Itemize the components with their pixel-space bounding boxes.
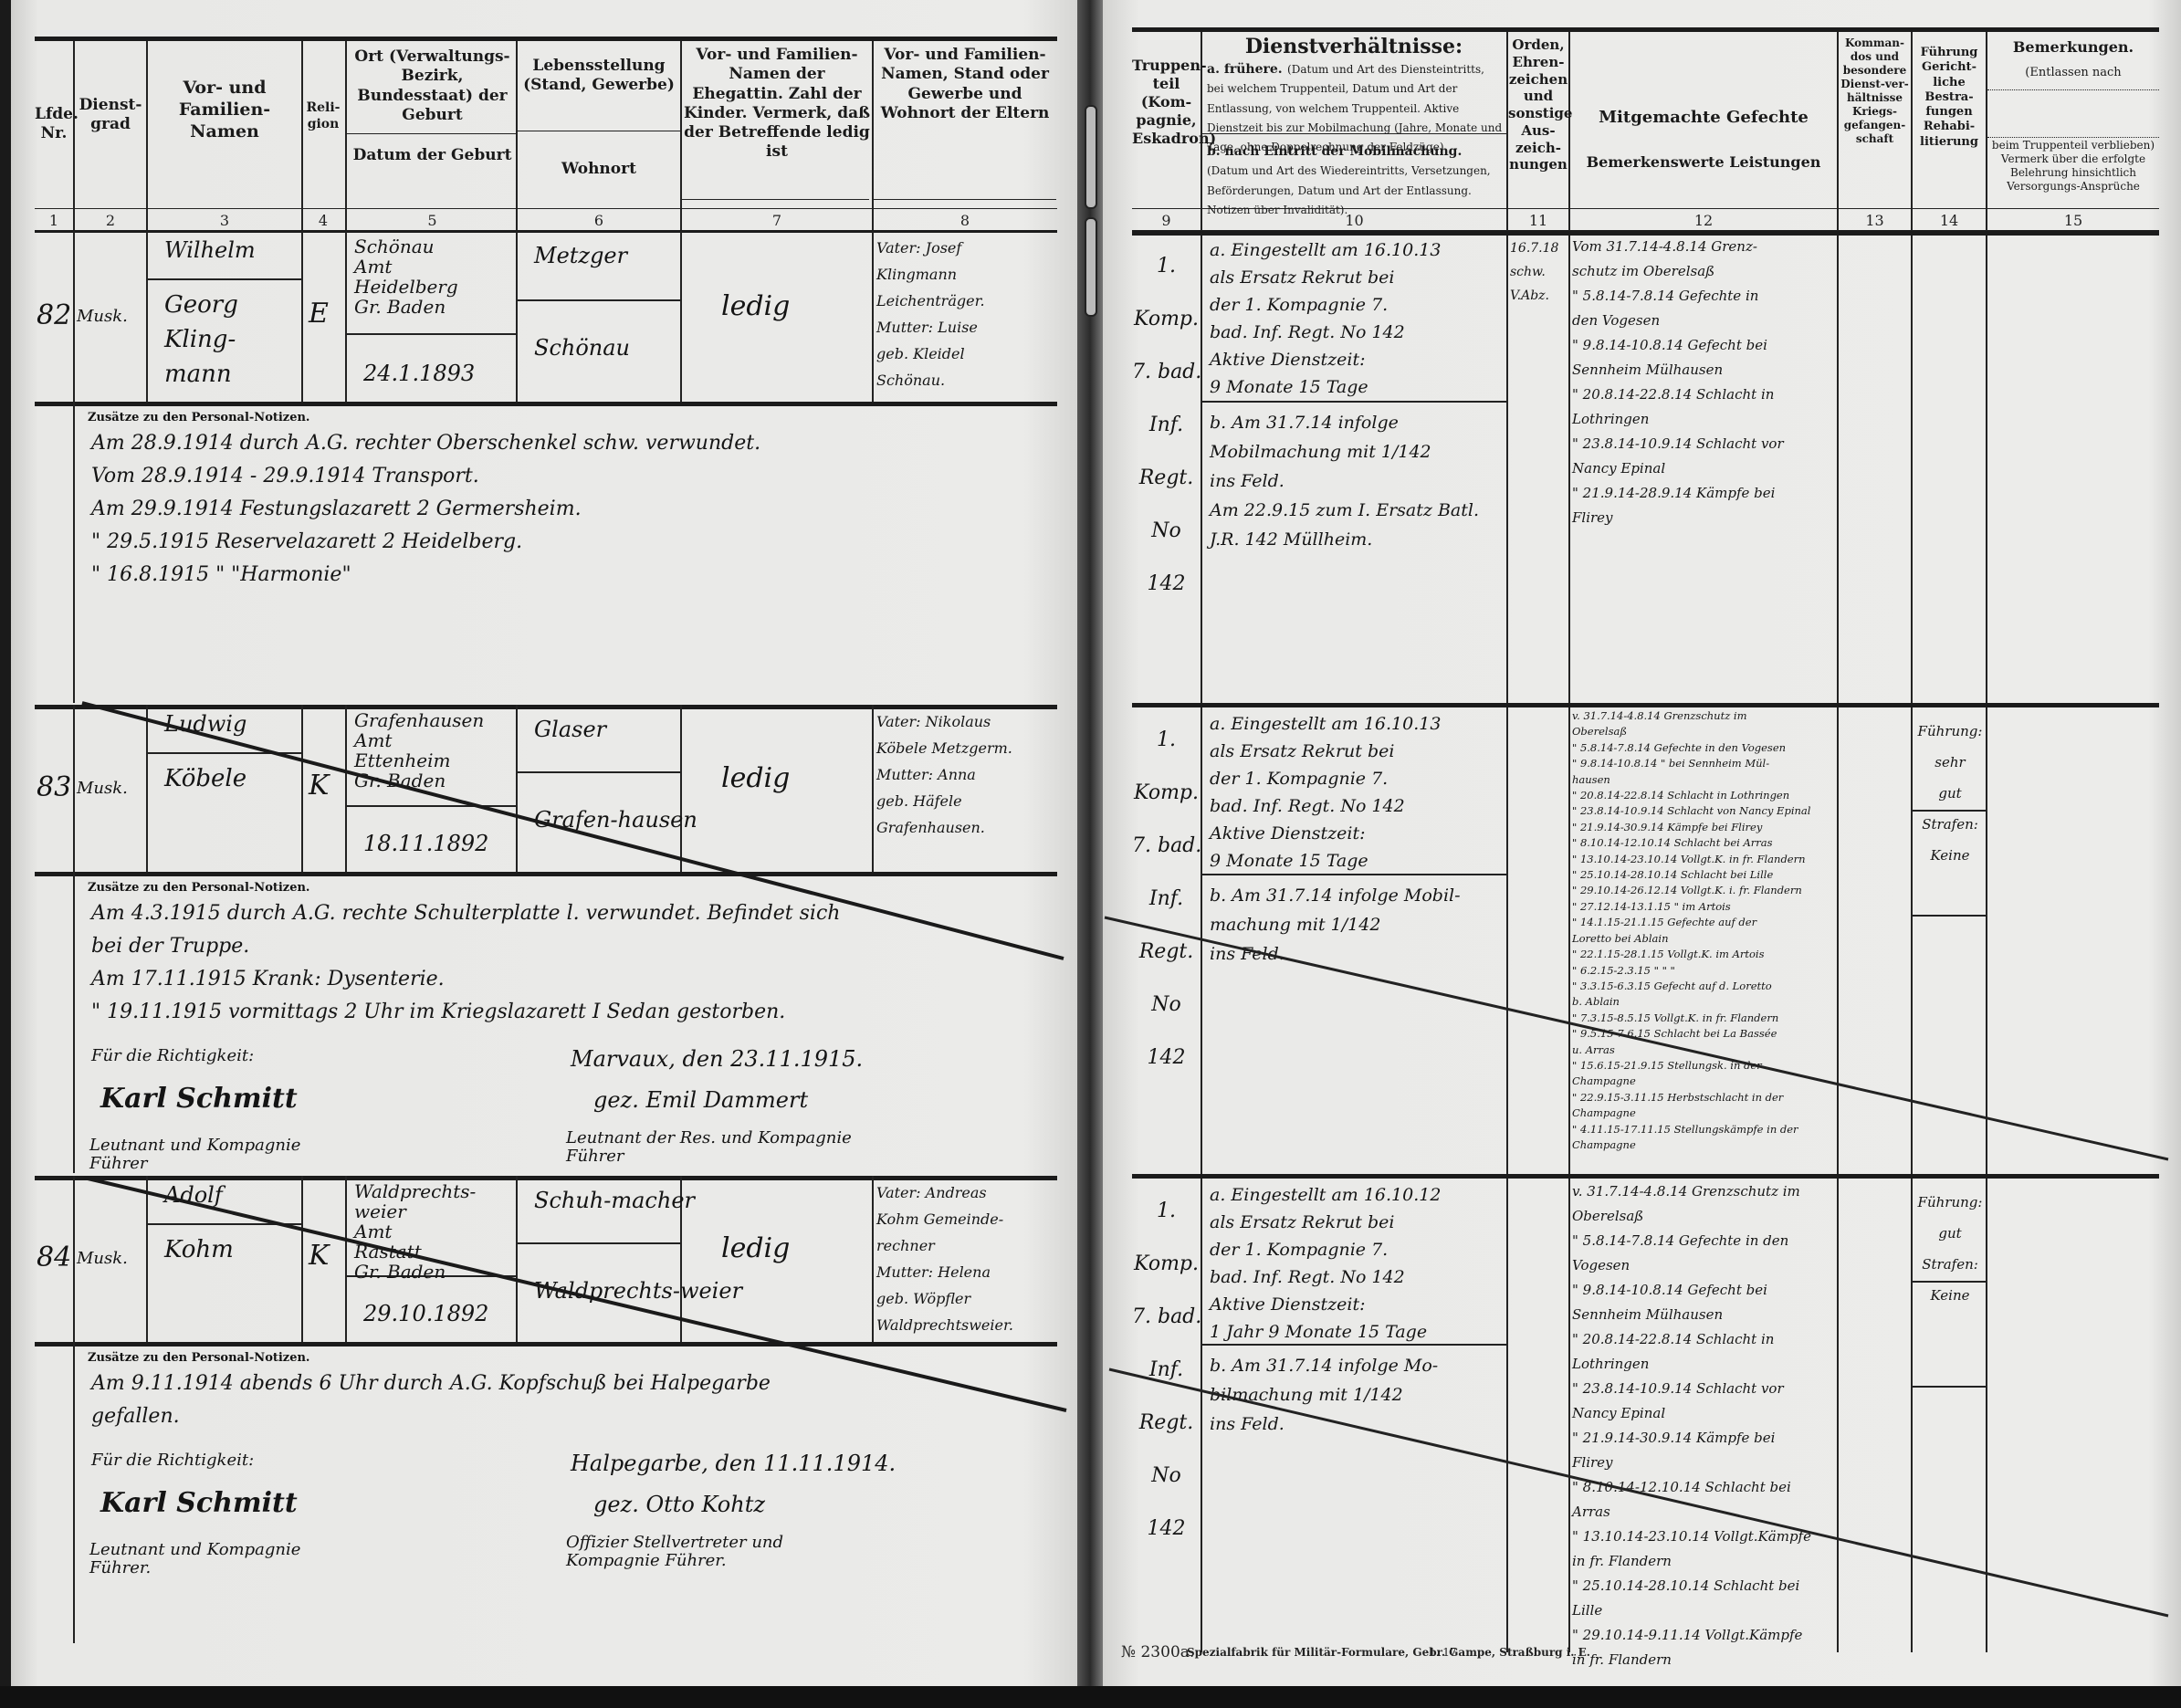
- birthplace-line: Gr. Baden: [354, 1262, 476, 1282]
- header-occupation: Lebensstellung (Stand, Gewerbe): [518, 57, 680, 96]
- occupation-split-line: [518, 771, 680, 773]
- service-prior-line: Aktive Dienstzeit:: [1210, 1291, 1441, 1318]
- service-prior-line: 9 Monate 15 Tage: [1210, 847, 1441, 875]
- battles-list-line: " 5.8.14-7.8.14 Gefechte in den Vogesen: [1572, 740, 1810, 756]
- personal-notes-line: gefallen.: [91, 1400, 771, 1433]
- battles-list-line: " 20.8.14-22.8.14 Schlacht in: [1572, 382, 1784, 407]
- battles-list-line: " 9.8.14-10.8.14 " bei Sennheim Mül-: [1572, 756, 1810, 771]
- personal-notes: Am 4.3.1915 durch A.G. rechte Schulterpl…: [91, 897, 840, 1029]
- surname: GeorgKling-mann: [164, 288, 238, 392]
- unit-line: 1.: [1132, 714, 1201, 767]
- conduct-record-line: Strafen:: [1915, 1249, 1985, 1280]
- rank: Musk.: [77, 1250, 128, 1268]
- row-bottom-rule: [35, 872, 1057, 876]
- parents-line: rechner: [876, 1232, 1013, 1259]
- signature-right: gez. Emil Dammert: [593, 1088, 808, 1112]
- parents-line: geb. Häfele: [876, 788, 1012, 814]
- battles-list-line: " 25.10.14-28.10.14 Schlacht bei: [1572, 1574, 1811, 1598]
- unit-line: 142: [1132, 1503, 1201, 1556]
- battles-list-line: " 9.5.15-7.6.15 Schlacht bei La Bassée: [1572, 1026, 1810, 1042]
- header-residence: Wohnort: [518, 160, 680, 179]
- header-leistungen: Bemerkenswerte Leistungen: [1570, 153, 1837, 172]
- surname-line: Köbele: [164, 761, 246, 796]
- battles-list-line: v. 31.7.14-4.8.14 Grenzschutz im: [1572, 708, 1810, 724]
- notes-label: Zusätze zu den Personal-Notizen.: [88, 1351, 309, 1365]
- header-dienstverhaeltnisse: Dienstverhältnisse:: [1203, 35, 1505, 60]
- birth-date: 29.10.1892: [363, 1302, 488, 1326]
- personal-notes-line: Vom 28.9.1914 - 29.9.1914 Transport.: [91, 460, 760, 493]
- battles-list-line: " 8.10.14-12.10.14 Schlacht bei Arras: [1572, 835, 1810, 851]
- battles-list-line: Loretto bei Ablain: [1572, 931, 1810, 947]
- birthplace-line: Grafenhausen: [354, 710, 484, 730]
- occupation-split-line: [518, 299, 680, 301]
- surname-line: mann: [164, 357, 238, 392]
- header-nach-mobilmachung: b. nach Eintritt der Mobilmachung.(Datum…: [1207, 141, 1504, 219]
- battles-list-line: " 25.10.14-28.10.14 Schlacht bei Lille: [1572, 867, 1810, 883]
- unit-line: 142: [1132, 558, 1201, 611]
- parents-line: geb. Wöpfler: [876, 1285, 1013, 1312]
- birthplace-line: Rastatt: [354, 1242, 476, 1262]
- first-name: Adolf: [164, 1183, 223, 1207]
- column-line: [680, 705, 682, 872]
- battles-list-line: " 21.9.14-28.9.14 Kämpfe bei: [1572, 481, 1784, 506]
- parents-line: Mutter: Anna: [876, 761, 1012, 788]
- surname: Köbele: [164, 761, 246, 796]
- battles-list-line: " 9.8.14-10.8.14 Gefecht bei: [1572, 333, 1784, 358]
- conduct-record-line: Keine: [1915, 1280, 1985, 1311]
- battles-list-line: " 8.10.14-12.10.14 Schlacht bei: [1572, 1475, 1811, 1500]
- notes-left-line: [73, 872, 75, 1173]
- battles-list-line: " 6.2.15-2.3.15 " " ": [1572, 963, 1810, 979]
- signer-left-title: Leutnant und Kompagnie Führer.: [89, 1541, 327, 1577]
- unit-line: 1.: [1132, 1185, 1201, 1238]
- battles-list-line: Sennheim Mülhausen: [1572, 358, 1784, 382]
- service-mobilization-line: machung mit 1/142: [1210, 910, 1461, 939]
- header-truppenteil: Truppen-teil (Kom-pagnie, Eskadron): [1132, 57, 1201, 148]
- personal-notes-line: Am 29.9.1914 Festungslazarett 2 Germersh…: [91, 493, 760, 526]
- battles-list-line: " 5.8.14-7.8.14 Gefechte in den: [1572, 1229, 1811, 1253]
- service-mobilization: b. Am 31.7.14 infolge Mo-bilmachung mit …: [1210, 1351, 1438, 1439]
- colnum-10: 10: [1202, 212, 1506, 229]
- service-ab-split: [1202, 401, 1506, 403]
- print-date: 1. 17: [1429, 1646, 1457, 1659]
- service-mobilization-line: ins Feld.: [1210, 939, 1461, 969]
- birthplace: GrafenhausenAmtEttenheimGr. Baden: [354, 710, 484, 791]
- marital-status: ledig: [721, 1233, 790, 1263]
- birthplace-line: Amt: [354, 257, 458, 277]
- conduct-record-line: gut: [1915, 1218, 1985, 1249]
- battles-list-line: Nancy Epinal: [1572, 1401, 1811, 1426]
- battles-list-line: " 7.3.15-8.5.15 Vollgt.K. in fr. Flander…: [1572, 1011, 1810, 1026]
- personal-notes-line: " 29.5.1915 Reservelazarett 2 Heidelberg…: [91, 526, 760, 559]
- battles-list-line: " 5.8.14-7.8.14 Gefechte in: [1572, 284, 1784, 309]
- birthplace-line: weier: [354, 1201, 476, 1221]
- personal-notes-line: " 16.8.1915 " "Harmonie": [91, 559, 760, 592]
- service-prior-line: als Ersatz Rekrut bei: [1210, 264, 1441, 291]
- service-prior: a. Eingestellt am 16.10.12als Ersatz Rek…: [1210, 1181, 1441, 1346]
- conduct-bottom-line: [1913, 915, 1986, 917]
- conduct-record-line: Führung:: [1915, 716, 1985, 747]
- parents-line: Mutter: Luise: [876, 314, 985, 341]
- colnum-15: 15: [1987, 212, 2159, 229]
- battles-list-line: " 15.6.15-21.9.15 Stellungsk. in der: [1572, 1058, 1810, 1074]
- religion: K: [309, 1241, 329, 1271]
- battles-list-line: u. Arras: [1572, 1043, 1810, 1058]
- signer-left-title: Leutnant und Kompagnie Führer: [89, 1137, 327, 1173]
- birthplace-line: Amt: [354, 1221, 476, 1242]
- column-line: [146, 231, 148, 402]
- battles-list-line: " 4.11.15-17.11.15 Stellungskämpfe in de…: [1572, 1122, 1810, 1137]
- first-name-underline: [148, 278, 301, 280]
- battles-list-line: Oberelsaß: [1572, 724, 1810, 739]
- first-name: Ludwig: [164, 712, 246, 736]
- colnum-12: 12: [1570, 212, 1837, 229]
- service-mobilization-line: ins Feld.: [1210, 1409, 1438, 1439]
- parents: Vater: JosefKlingmannLeichenträger.Mutte…: [876, 235, 985, 393]
- rank: Musk.: [77, 308, 128, 326]
- first-name: Wilhelm: [164, 238, 256, 262]
- unit: 1.Komp.7. bad.Inf.Regt.No142: [1132, 240, 1201, 611]
- conduct-record-line: Keine: [1915, 840, 1985, 871]
- conduct-split-line: [1913, 810, 1986, 812]
- conduct-record-line: Führung:: [1915, 1187, 1985, 1218]
- notes-left-line: [73, 1342, 75, 1643]
- unit-line: Regt.: [1132, 1397, 1201, 1450]
- column-line: [872, 231, 874, 402]
- service-prior-line: a. Eingestellt am 16.10.12: [1210, 1181, 1441, 1209]
- header-orden: Orden, Ehren-zeichen und sonstige Aus-ze…: [1508, 37, 1568, 173]
- unit-line: Komp.: [1132, 767, 1201, 820]
- birthplace-line: Amt: [354, 730, 484, 750]
- battles-list-line: " 27.12.14-13.1.15 " im Artois: [1572, 899, 1810, 915]
- battles-list-line: Champagne: [1572, 1137, 1810, 1153]
- service-prior-line: 1 Jahr 9 Monate 15 Tage: [1210, 1318, 1441, 1346]
- battles-list-line: Lothringen: [1572, 407, 1784, 432]
- parents-line: Kohm Gemeinde-: [876, 1206, 1013, 1232]
- conduct-record: Führung:sehrgutStrafen:Keine: [1915, 716, 1985, 871]
- signer-right-title: Leutnant der Res. und Kompagnie Führer: [566, 1129, 858, 1166]
- service-mobilization: b. Am 31.7.14 infolgeMobilmachung mit 1/…: [1210, 408, 1479, 554]
- first-name-underline: [148, 752, 301, 754]
- service-prior-line: als Ersatz Rekrut bei: [1210, 1209, 1441, 1236]
- personal-notes-line: Am 17.11.1915 Krank: Dysenterie.: [91, 963, 840, 996]
- parents-line: geb. Kleidel: [876, 341, 985, 367]
- service-prior-line: Aktive Dienstzeit:: [1210, 346, 1441, 373]
- birth-split-line: [347, 333, 516, 335]
- battles-list-line: in fr. Flandern: [1572, 1648, 1811, 1672]
- religion: E: [309, 299, 329, 329]
- personal-notes-line: bei der Truppe.: [91, 930, 840, 963]
- occupation-split-line: [518, 1242, 680, 1244]
- birthplace-line: Ettenheim: [354, 750, 484, 770]
- column-line: [146, 1176, 148, 1342]
- column-line: [345, 705, 347, 872]
- column-line: [73, 1176, 75, 1342]
- conduct-bottom-line: [1913, 1386, 1986, 1388]
- battles-list-line: Vogesen: [1572, 1253, 1811, 1278]
- conduct-record-line: sehr: [1915, 747, 1985, 778]
- birth-split-line: [347, 805, 516, 807]
- column-line: [345, 231, 347, 402]
- header-entlassen-nach: (Entlassen nach: [1987, 66, 2159, 80]
- unit-line: Komp.: [1132, 293, 1201, 346]
- battles-list-line: Champagne: [1572, 1074, 1810, 1089]
- header-birthplace: Ort (Verwaltungs-Bezirk, Bundesstaat) de…: [349, 47, 516, 125]
- birth-date: 24.1.1893: [363, 362, 475, 385]
- header-birthdate: Datum der Geburt: [349, 146, 516, 165]
- parents-line: Grafenhausen.: [876, 814, 1012, 841]
- service-prior: a. Eingestellt am 16.10.13als Ersatz Rek…: [1210, 236, 1441, 401]
- colnum-9: 9: [1132, 212, 1201, 229]
- surname-line: Kling-: [164, 322, 238, 357]
- service-prior-line: der 1. Kompagnie 7.: [1210, 1236, 1441, 1263]
- personal-notes: Am 9.11.1914 abends 6 Uhr durch A.G. Kop…: [91, 1367, 771, 1433]
- colnum-4: 4: [301, 212, 345, 229]
- notes-label: Zusätze zu den Personal-Notizen.: [88, 411, 309, 424]
- parents-line: Vater: Nikolaus: [876, 708, 1012, 735]
- certification-caption: Für die Richtigkeit:: [91, 1451, 254, 1470]
- battles-list-line: " 22.1.15-28.1.15 Vollgt.K. im Artois: [1572, 947, 1810, 962]
- header-religion: Reli-gion: [301, 100, 345, 132]
- header-spouse: Vor- und Familien-Namen der Ehegattin. Z…: [682, 46, 872, 162]
- column-line: [301, 231, 303, 402]
- battles-list-line: " 23.8.14-10.9.14 Schlacht von Nancy Epi…: [1572, 803, 1810, 819]
- header-kommandos: Komman-dos und besondere Dienst-ver-hält…: [1839, 37, 1911, 146]
- occupation: Schuh-macher: [534, 1189, 695, 1212]
- birthplace-line: Gr. Baden: [354, 770, 484, 791]
- colnum-5: 5: [349, 212, 516, 229]
- battles-list: v. 31.7.14-4.8.14 Grenzschutz imOberelsa…: [1572, 1179, 1811, 1672]
- unit-line: Komp.: [1132, 1238, 1201, 1291]
- decorations: 16.7.18schw.V.Abz.: [1510, 236, 1558, 308]
- unit-line: Regt.: [1132, 926, 1201, 979]
- parents-line: Vater: Josef: [876, 235, 985, 261]
- service-prior-line: als Ersatz Rekrut bei: [1210, 738, 1441, 765]
- birthplace-line: Schönau: [354, 236, 458, 257]
- colnum-3: 3: [148, 212, 301, 229]
- battles-list-line: Sennheim Mülhausen: [1572, 1303, 1811, 1327]
- column-line: [516, 705, 518, 872]
- battles-list-line: Champagne: [1572, 1105, 1810, 1121]
- service-mobilization-line: b. Am 31.7.14 infolge Mo-: [1210, 1351, 1438, 1380]
- decorations-line: V.Abz.: [1510, 284, 1558, 308]
- column-line: [872, 1176, 874, 1342]
- form-number: № 2300a.: [1121, 1643, 1194, 1661]
- unit-line: 1.: [1132, 240, 1201, 293]
- service-mobilization-line: b. Am 31.7.14 infolge: [1210, 408, 1479, 437]
- battles-list-line: " 29.10.14-26.12.14 Vollgt.K. i. fr. Fla…: [1572, 883, 1810, 898]
- conduct-record-line: Strafen:: [1915, 809, 1985, 840]
- battles-list-line: b. Ablain: [1572, 994, 1810, 1010]
- battles-list: v. 31.7.14-4.8.14 Grenzschutz imOberelsa…: [1572, 708, 1810, 1153]
- unit-line: Inf.: [1132, 399, 1201, 452]
- conduct-record: Führung:gutStrafen:Keine: [1915, 1187, 1985, 1311]
- battles-list-line: Flirey: [1572, 1451, 1811, 1475]
- personal-notes-line: Am 9.11.1914 abends 6 Uhr durch A.G. Kop…: [91, 1367, 771, 1400]
- battles-list-line: " 23.8.14-10.9.14 Schlacht vor: [1572, 1377, 1811, 1401]
- battles-list-line: den Vogesen: [1572, 309, 1784, 333]
- header-bemerkungen: Bemerkungen.: [1987, 38, 2159, 57]
- column-line: [301, 705, 303, 872]
- service-prior-line: der 1. Kompagnie 7.: [1210, 291, 1441, 319]
- colnum-7: 7: [682, 212, 872, 229]
- service-prior-line: a. Eingestellt am 16.10.13: [1210, 710, 1441, 738]
- service-prior-line: a. Eingestellt am 16.10.13: [1210, 236, 1441, 264]
- parents-line: Mutter: Helena: [876, 1259, 1013, 1285]
- marital-status: ledig: [721, 763, 790, 793]
- place-date: Halpegarbe, den 11.11.1914.: [571, 1451, 896, 1475]
- battles-list-line: " 22.9.15-3.11.15 Herbstschlacht in der: [1572, 1090, 1810, 1105]
- birthplace-line: Heidelberg: [354, 277, 458, 297]
- battles-list-line: v. 31.7.14-4.8.14 Grenzschutz im: [1572, 1179, 1811, 1204]
- parents-line: Leichenträger.: [876, 288, 985, 314]
- personal-notes-line: Am 28.9.1914 durch A.G. rechter Obersche…: [91, 427, 760, 460]
- row-top-rule-right: [1132, 1174, 2159, 1179]
- header-names: Vor- und Familien-Namen: [148, 78, 301, 142]
- battles-list-line: " 14.1.15-21.1.15 Gefechte auf der: [1572, 915, 1810, 930]
- service-prior-line: bad. Inf. Regt. No 142: [1210, 1263, 1441, 1291]
- rank: Musk.: [77, 780, 128, 798]
- birth-date: 18.11.1892: [363, 832, 488, 855]
- service-mobilization-line: ins Feld.: [1210, 466, 1479, 496]
- binding-stitch: [1085, 217, 1097, 317]
- colnum-8: 8: [874, 212, 1056, 229]
- header-dienstgrad: Dienst-grad: [75, 96, 146, 135]
- unit-line: No: [1132, 979, 1201, 1032]
- colnum-13: 13: [1839, 212, 1911, 229]
- battles-list-line: Arras: [1572, 1500, 1811, 1525]
- decorations-line: schw.: [1510, 260, 1558, 284]
- colnum-6: 6: [518, 212, 680, 229]
- personal-notes-line: " 19.11.1915 vormittags 2 Uhr im Kriegsl…: [91, 996, 840, 1029]
- unit-line: Inf.: [1132, 873, 1201, 926]
- battles-list-line: Nancy Epinal: [1572, 456, 1784, 481]
- battles-list-line: " 3.3.15-6.3.15 Gefecht auf d. Loretto: [1572, 979, 1810, 994]
- battles-list-line: Lothringen: [1572, 1352, 1811, 1377]
- service-prior-line: Aktive Dienstzeit:: [1210, 820, 1441, 847]
- place-date: Marvaux, den 23.11.1915.: [571, 1047, 863, 1071]
- marital-status: ledig: [721, 291, 790, 321]
- birthplace-line: Gr. Baden: [354, 297, 458, 317]
- religion: K: [309, 770, 329, 801]
- signer-right-title: Offizier Stellvertreter und Kompagnie Fü…: [566, 1534, 858, 1570]
- unit-line: 7. bad.: [1132, 1291, 1201, 1344]
- service-mobilization-line: bilmachung mit 1/142: [1210, 1380, 1438, 1409]
- surname: Kohm: [164, 1232, 234, 1267]
- service-prior-line: bad. Inf. Regt. No 142: [1210, 319, 1441, 346]
- conduct-split-line: [1913, 1281, 1986, 1283]
- colnum-11: 11: [1508, 212, 1568, 229]
- unit: 1.Komp.7. bad.Inf.Regt.No142: [1132, 1185, 1201, 1556]
- unit-line: Inf.: [1132, 1344, 1201, 1397]
- entry-number: 84: [37, 1242, 71, 1273]
- battles-list-line: " 21.9.14-30.9.14 Kämpfe bei: [1572, 1426, 1811, 1451]
- notes-left-line: [73, 402, 75, 703]
- parents: Vater: NikolausKöbele Metzgerm.Mutter: A…: [876, 708, 1012, 841]
- service-mobilization: b. Am 31.7.14 infolge Mobil-machung mit …: [1210, 881, 1461, 969]
- header-lfde-nr: Lfde. Nr.: [35, 105, 73, 144]
- parents-line: Schönau.: [876, 367, 985, 393]
- unit-line: 7. bad.: [1132, 820, 1201, 873]
- service-mobilization-line: Mobilmachung mit 1/142: [1210, 437, 1479, 466]
- row-bottom-rule: [35, 1342, 1057, 1346]
- battles-list: Vom 31.7.14-4.8.14 Grenz-schutz im Obere…: [1572, 235, 1784, 530]
- column-line: [73, 231, 75, 402]
- printer-imprint: Spezialfabrik für Militär-Formulare, Geb…: [1187, 1646, 1590, 1659]
- battles-list-line: " 20.8.14-22.8.14 Schlacht in: [1572, 1327, 1811, 1352]
- unit-line: 7. bad.: [1132, 346, 1201, 399]
- colnum-14: 14: [1913, 212, 1986, 229]
- column-line: [516, 231, 518, 402]
- binding-stitch: [1085, 105, 1097, 209]
- battles-list-line: Lille: [1572, 1598, 1811, 1623]
- battles-list-line: " 13.10.14-23.10.14 Vollgt.Kämpfe: [1572, 1525, 1811, 1549]
- scan-border: [0, 1686, 2181, 1708]
- battles-list-line: " 13.10.14-23.10.14 Vollgt.K. in fr. Fla…: [1572, 852, 1810, 867]
- parents: Vater: AndreasKohm Gemeinde-rechnerMutte…: [876, 1179, 1013, 1338]
- row-top-rule-right: [1132, 703, 2159, 707]
- entry-number: 82: [37, 300, 71, 330]
- unit-line: No: [1132, 505, 1201, 558]
- battles-list-line: Oberelsaß: [1572, 1204, 1811, 1229]
- row-bottom-rule: [35, 402, 1057, 406]
- personal-notes-line: Am 4.3.1915 durch A.G. rechte Schulterpl…: [91, 897, 840, 930]
- battles-list-line: in fr. Flandern: [1572, 1549, 1811, 1574]
- parents-line: Waldprechtsweier.: [876, 1312, 1013, 1338]
- service-prior: a. Eingestellt am 16.10.13als Ersatz Rek…: [1210, 710, 1441, 875]
- unit-line: 142: [1132, 1032, 1201, 1085]
- service-prior-line: der 1. Kompagnie 7.: [1210, 765, 1441, 792]
- service-mobilization-line: J.R. 142 Müllheim.: [1210, 525, 1479, 554]
- battles-list-line: Flirey: [1572, 506, 1784, 530]
- service-prior-line: 9 Monate 15 Tage: [1210, 373, 1441, 401]
- parents-line: Vater: Andreas: [876, 1179, 1013, 1206]
- first-name-underline: [148, 1223, 301, 1225]
- surname-line: Kohm: [164, 1232, 234, 1267]
- battles-list-line: " 21.9.14-30.9.14 Kämpfe bei Flirey: [1572, 820, 1810, 835]
- residence: Waldprechts-weier: [534, 1279, 742, 1303]
- entry-number: 83: [37, 772, 71, 802]
- birthplace: Waldprechts-weierAmtRastattGr. Baden: [354, 1181, 476, 1282]
- residence: Grafen-hausen: [534, 808, 697, 832]
- notes-label: Zusätze zu den Personal-Notizen.: [88, 881, 309, 895]
- conduct-record-line: gut: [1915, 778, 1985, 809]
- header-versorgung: beim Truppenteil verblieben) Vermerk übe…: [1987, 139, 2159, 194]
- column-line: [872, 705, 874, 872]
- signature-left: Karl Schmitt: [100, 1488, 298, 1518]
- colnum-1: 1: [35, 212, 73, 229]
- occupation: Glaser: [534, 718, 606, 741]
- personal-notes: Am 28.9.1914 durch A.G. rechter Obersche…: [91, 427, 760, 592]
- service-prior-line: bad. Inf. Regt. No 142: [1210, 792, 1441, 820]
- unit-line: Regt.: [1132, 452, 1201, 505]
- column-line: [516, 1176, 518, 1342]
- surname-line: Georg: [164, 288, 238, 322]
- battles-list-line: " 9.8.14-10.8.14 Gefecht bei: [1572, 1278, 1811, 1303]
- service-mobilization-line: Am 22.9.15 zum I. Ersatz Batl.: [1210, 496, 1479, 525]
- occupation: Metzger: [534, 244, 627, 267]
- header-gefechte: Mitgemachte Gefechte: [1570, 108, 1837, 129]
- battles-list-line: Vom 31.7.14-4.8.14 Grenz-: [1572, 235, 1784, 259]
- column-line: [146, 705, 148, 872]
- birthplace-line: Waldprechts-: [354, 1181, 476, 1201]
- battles-list-line: " 29.10.14-9.11.14 Vollgt.Kämpfe: [1572, 1623, 1811, 1648]
- battles-list-line: schutz im Oberelsaß: [1572, 259, 1784, 284]
- header-fuehrung: Führung Gericht-liche Bestra-fungen Reha…: [1913, 46, 1986, 150]
- signature-left: Karl Schmitt: [100, 1084, 298, 1114]
- column-line: [680, 231, 682, 402]
- parents-line: Köbele Metzgerm.: [876, 735, 1012, 761]
